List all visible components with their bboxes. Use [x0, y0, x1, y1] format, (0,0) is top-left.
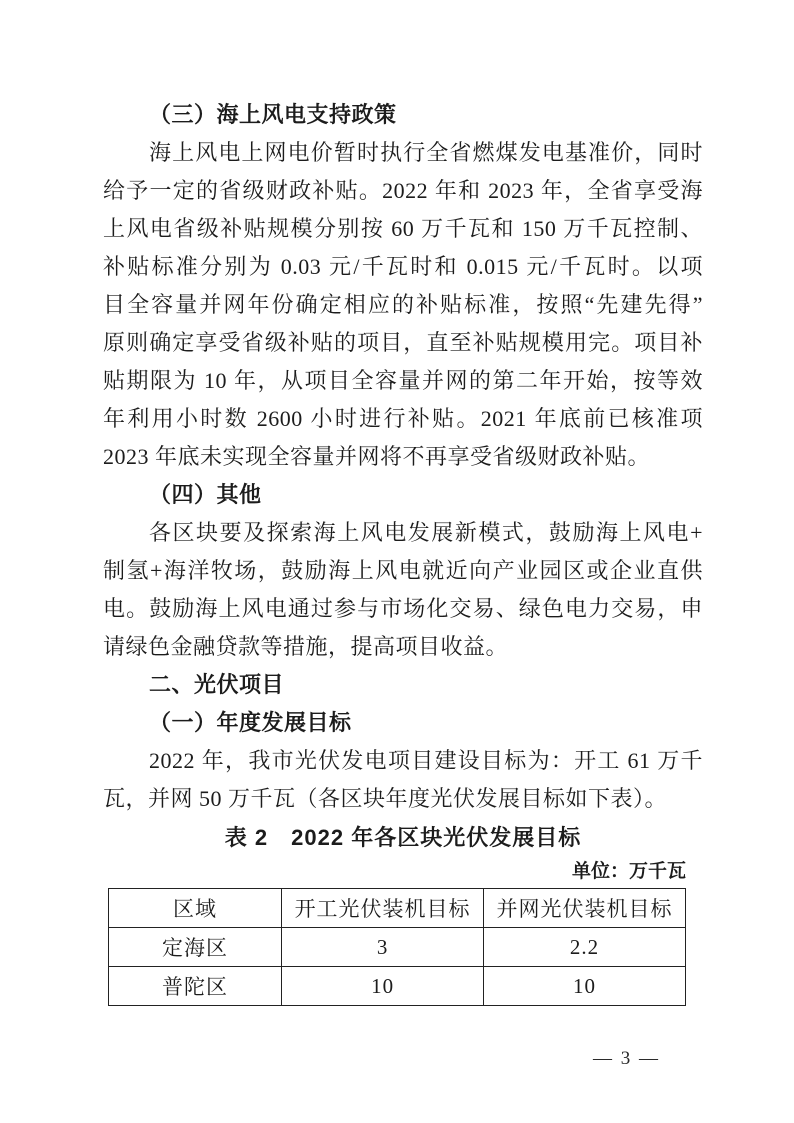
paragraph-line: 给予一定的省级财政补贴。2022 年和 2023 年，全省享受海 [103, 172, 703, 210]
document-page: （三）海上风电支持政策 海上风电上网电价暂时执行全省燃煤发电基准价，同时 给予一… [0, 0, 794, 1123]
document-body: （三）海上风电支持政策 海上风电上网电价暂时执行全省燃煤发电基准价，同时 给予一… [103, 96, 703, 1006]
section-heading-offshore-wind-policy: （三）海上风电支持政策 [103, 96, 703, 134]
pv-target-table: 区域 开工光伏装机目标 并网光伏装机目标 定海区 3 2.2 普陀区 10 10 [108, 888, 686, 1006]
table-cell-grid-target: 2.2 [484, 928, 686, 967]
table-cell-start-target: 10 [282, 967, 484, 1006]
table-header-start-target: 开工光伏装机目标 [282, 889, 484, 928]
paragraph-line: 2023 年底未实现全容量并网将不再享受省级财政补贴。 [103, 438, 703, 476]
paragraph-line: 贴期限为 10 年，从项目全容量并网的第二年开始，按等效 [103, 362, 703, 400]
paragraph-line: 瓦，并网 50 万千瓦（各区块年度光伏发展目标如下表）。 [103, 780, 703, 818]
paragraph-line: 制氢+海洋牧场，鼓励海上风电就近向产业园区或企业直供 [103, 552, 703, 590]
paragraph-line: 原则确定享受省级补贴的项目，直至补贴规模用完。项目补 [103, 324, 703, 362]
paragraph-line: 海上风电上网电价暂时执行全省燃煤发电基准价，同时 [103, 134, 703, 172]
table-cell-grid-target: 10 [484, 967, 686, 1006]
table-cell-region: 定海区 [109, 928, 282, 967]
paragraph-line: 年利用小时数 2600 小时进行补贴。2021 年底前已核准项目， [103, 400, 703, 438]
paragraph-line: 上风电省级补贴规模分别按 60 万千瓦和 150 万千瓦控制、 [103, 210, 703, 248]
table-region: 单位：万千瓦 区域 开工光伏装机目标 并网光伏装机目标 定海区 3 [108, 858, 686, 1006]
table-header-grid-target: 并网光伏装机目标 [484, 889, 686, 928]
paragraph-line: 请绿色金融贷款等措施，提高项目收益。 [103, 628, 703, 666]
paragraph-line: 2022 年，我市光伏发电项目建设目标为：开工 61 万千 [103, 742, 703, 780]
table-row: 普陀区 10 10 [109, 967, 686, 1006]
paragraph-offshore-wind: 海上风电上网电价暂时执行全省燃煤发电基准价，同时 给予一定的省级财政补贴。202… [103, 134, 703, 476]
section-heading-other: （四）其他 [103, 476, 703, 514]
paragraph-line: 各区块要及探索海上风电发展新模式，鼓励海上风电+ [103, 514, 703, 552]
table-header-row: 区域 开工光伏装机目标 并网光伏装机目标 [109, 889, 686, 928]
paragraph-line: 目全容量并网年份确定相应的补贴标准，按照“先建先得” [103, 286, 703, 324]
table-cell-start-target: 3 [282, 928, 484, 967]
table-row: 定海区 3 2.2 [109, 928, 686, 967]
paragraph-pv-target: 2022 年，我市光伏发电项目建设目标为：开工 61 万千 瓦，并网 50 万千… [103, 742, 703, 818]
table-unit-note: 单位：万千瓦 [108, 858, 686, 888]
page-number: — 3 — [593, 1048, 660, 1070]
table-title: 表 2 2022 年各区块光伏发展目标 [103, 818, 703, 858]
section-heading-pv-projects: 二、光伏项目 [103, 666, 703, 704]
table-header-region: 区域 [109, 889, 282, 928]
paragraph-other: 各区块要及探索海上风电发展新模式，鼓励海上风电+ 制氢+海洋牧场，鼓励海上风电就… [103, 514, 703, 666]
table-cell-region: 普陀区 [109, 967, 282, 1006]
section-heading-annual-target: （一）年度发展目标 [103, 704, 703, 742]
paragraph-line: 电。鼓励海上风电通过参与市场化交易、绿色电力交易，申 [103, 590, 703, 628]
paragraph-line: 补贴标准分别为 0.03 元/千瓦时和 0.015 元/千瓦时。以项 [103, 248, 703, 286]
